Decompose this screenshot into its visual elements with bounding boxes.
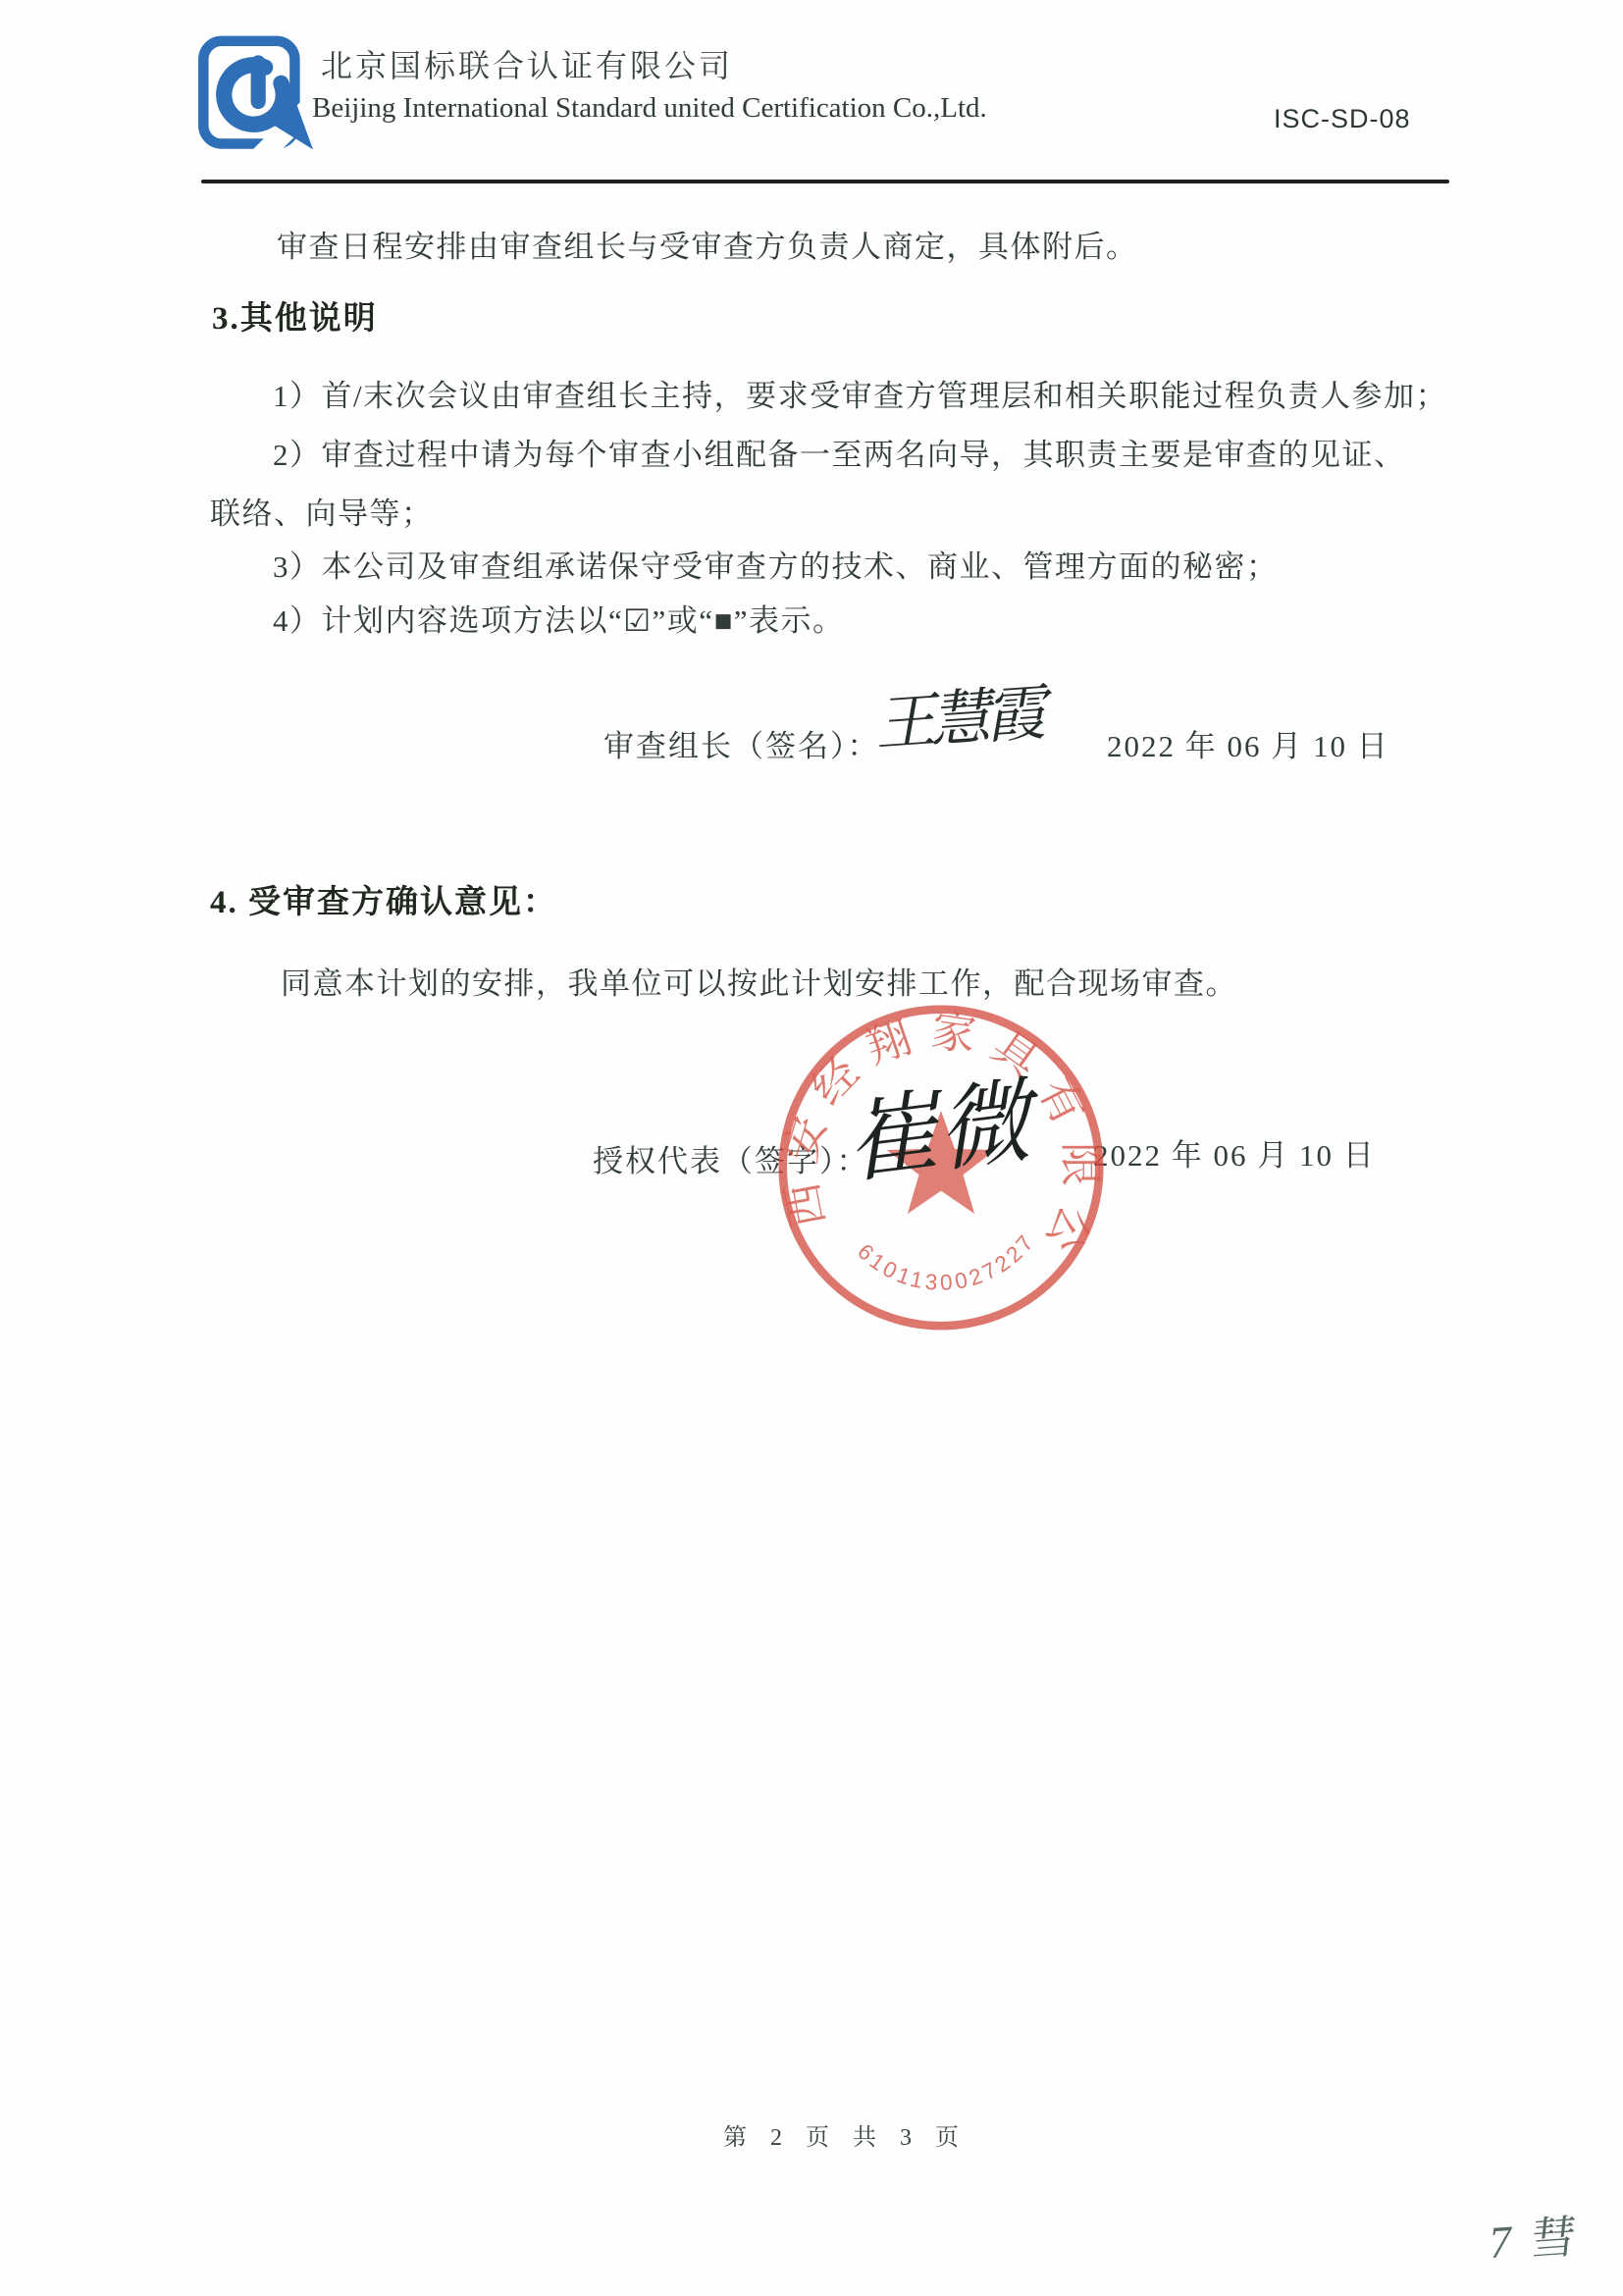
company-logo-icon	[192, 35, 322, 161]
section3-item-1: 1）首/末次会议由审查组长主持，要求受审查方管理层和相关职能过程负责人参加；	[273, 377, 1447, 416]
section3-item-2-line2: 联络、向导等；	[210, 495, 434, 534]
document-page: 北京国标联合认证有限公司 Beijing International Stand…	[0, 0, 1623, 2296]
header-divider	[201, 180, 1449, 183]
section3-item-3: 3）本公司及审查组承诺保守受审查方的技术、商业、管理方面的秘密；	[273, 548, 1279, 587]
company-name-en: Beijing International Standard united Ce…	[312, 92, 987, 125]
leader-signature-handwriting: 王慧霞	[873, 663, 1054, 763]
confirmation-text: 同意本计划的安排，我单位可以按此计划安排工作，配合现场审查。	[281, 965, 1237, 1004]
seal-serial-number: 6101130027227	[853, 1228, 1040, 1295]
representative-signature-date: 2022 年 06 月 10 日	[1093, 1130, 1376, 1174]
section4-heading: 4. 受审查方确认意见：	[210, 876, 557, 922]
leader-signature-date: 2022 年 06 月 10 日	[1107, 721, 1389, 765]
leader-signature-label: 审查组长（签名）：	[603, 721, 880, 765]
section3-item-2-line1: 2）审查过程中请为每个审查小组配备一至两名向导，其职责主要是审查的见证、	[273, 436, 1406, 475]
representative-signature-handwriting: 崔微	[845, 1043, 1050, 1202]
doc-code: ISC-SD-08	[1274, 104, 1411, 134]
page-number-footer: 第 2 页 共 3 页	[723, 2117, 968, 2152]
section3-heading: 3.其他说明	[212, 292, 378, 339]
company-name-zh: 北京国标联合认证有限公司	[321, 41, 733, 86]
margin-handwriting-fragment: 7 彗	[1487, 2200, 1584, 2271]
section3-item-4: 4）计划内容选项方法以“☑”或“■”表示。	[273, 601, 845, 641]
intro-paragraph: 审查日程安排由审查组长与受审查方负责人商定，具体附后。	[277, 228, 1138, 267]
svg-text:6101130027227: 6101130027227	[853, 1228, 1040, 1295]
